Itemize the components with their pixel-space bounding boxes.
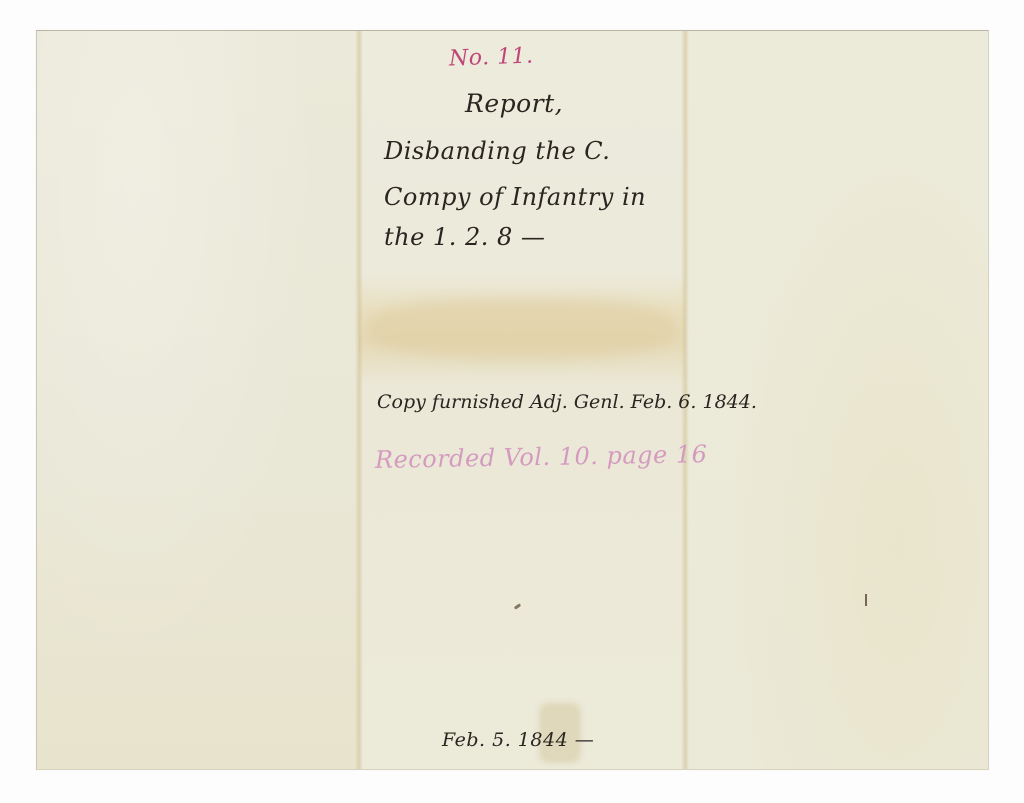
ink-blot-mark — [865, 594, 867, 606]
scan-background: No. 11. Report, Disbanding the C. Compy … — [0, 0, 1024, 803]
left-fold-panel — [37, 31, 359, 769]
recorded-note: Recorded Vol. 10. page 16 — [375, 440, 708, 474]
document-sheet: No. 11. Report, Disbanding the C. Compy … — [36, 30, 989, 770]
endorsement-date: Feb. 5. 1844 — — [442, 729, 594, 751]
docket-subject-line: Disbanding the C. — [384, 137, 610, 165]
docket-subject-line: the 1. 2. 8 — — [384, 223, 545, 251]
copy-furnished-note: Copy furnished Adj. Genl. Feb. 6. 1844. — [377, 391, 757, 413]
water-stain-band — [367, 299, 677, 359]
docket-number: No. 11. — [449, 44, 534, 72]
docket-subject-line: Compy of Infantry in — [384, 183, 646, 211]
docket-title: Report, — [465, 89, 563, 118]
fold-line-left — [355, 31, 363, 769]
